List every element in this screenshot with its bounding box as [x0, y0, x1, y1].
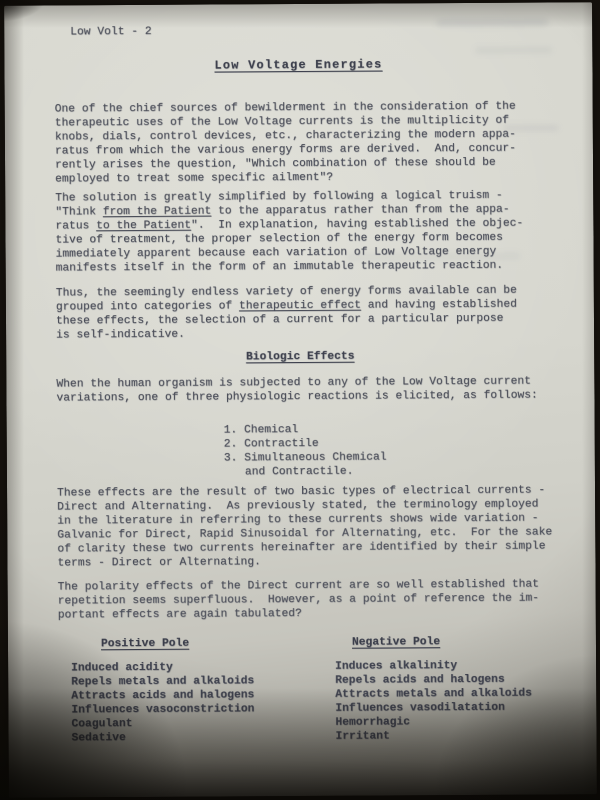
table-row: Sedative Irritant [72, 728, 552, 745]
text-line: these effects, the selection of a curren… [56, 312, 517, 329]
table-header-negative-pole: Negative Pole [352, 635, 440, 650]
paragraph-solution-truism: The solution is greatly simplified by fo… [55, 189, 523, 276]
negative-pole-cell: Repels acids and halogens [335, 672, 551, 687]
underlined-phrase: therapeutic effect [239, 300, 361, 313]
text-line: portant effects are again tabulated? [58, 606, 539, 623]
text-line: manifests itself in the form of an immut… [56, 259, 524, 276]
text-segment: "Think [55, 206, 103, 218]
polarity-effects-table: Induced acidity Induces alkalinity Repel… [71, 658, 552, 745]
list-item: 2. Contractile [224, 436, 387, 451]
document-title: Low Voltage Energies [4, 56, 592, 74]
document-page: Low Volt - 2 Low Voltage Energies One of… [4, 2, 597, 798]
list-item: 1. Chemical [224, 422, 387, 437]
table-header-positive-pole: Positive Pole [101, 637, 189, 652]
bleed-through-ghost [436, 18, 548, 27]
section-heading-biologic-effects: Biologic Effects [6, 348, 594, 366]
list-item-continuation: and Contractile. [224, 464, 387, 479]
bleed-through-ghost [474, 46, 552, 53]
paragraph-polarity-effects: The polarity effects of the Direct curre… [58, 578, 540, 623]
text-segment: grouped into categories of [56, 300, 239, 313]
text-line: employed to treat some specific ailment"… [55, 170, 516, 187]
paragraph-current-types: These effects are the result of two basi… [57, 483, 552, 570]
paragraph-energy-categories: Thus, the seemingly endless variety of e… [56, 284, 517, 343]
paragraph-bewilderment: One of the chief sources of bewilderment… [55, 100, 517, 187]
numbered-list-reactions: 1. Chemical 2. Contractile 3. Simultaneo… [224, 422, 387, 479]
text-segment: to the apparatus rather than from the ap… [211, 204, 509, 218]
text-line: repetition seems superfluous. However, a… [58, 592, 539, 609]
negative-pole-cell: Irritant [335, 728, 551, 743]
negative-pole-cell: Hemorrhagic [335, 714, 551, 729]
negative-pole-cell: Induces alkalinity [335, 658, 551, 673]
negative-pole-cell: Attracts metals and alkaloids [335, 686, 551, 701]
text-line: terms - Direct or Alternating. [57, 553, 552, 570]
photo-of-document: Low Volt - 2 Low Voltage Energies One of… [0, 0, 600, 800]
page-content: Low Volt - 2 Low Voltage Energies One of… [4, 2, 597, 798]
underlined-phrase: to the Patient [96, 220, 191, 233]
underlined-phrase: from the Patient [103, 206, 212, 219]
text-line: is self-indicative. [56, 326, 517, 343]
text-line: rently arises the question, "Which combi… [55, 156, 516, 173]
negative-pole-cell: Influences vasodilatation [335, 700, 551, 715]
text-segment: ratus [55, 220, 96, 232]
text-segment: ". In explanation, having established th… [191, 218, 523, 232]
text-line: variations, one of three physiologic rea… [56, 389, 537, 406]
page-number-header: Low Volt - 2 [70, 25, 151, 39]
positive-pole-cell: Sedative [72, 730, 336, 746]
list-item: 3. Simultaneous Chemical [224, 450, 387, 465]
text-segment: and having established [361, 299, 517, 312]
paragraph-physiologic-reactions: When the human organism is subjected to … [56, 375, 537, 406]
